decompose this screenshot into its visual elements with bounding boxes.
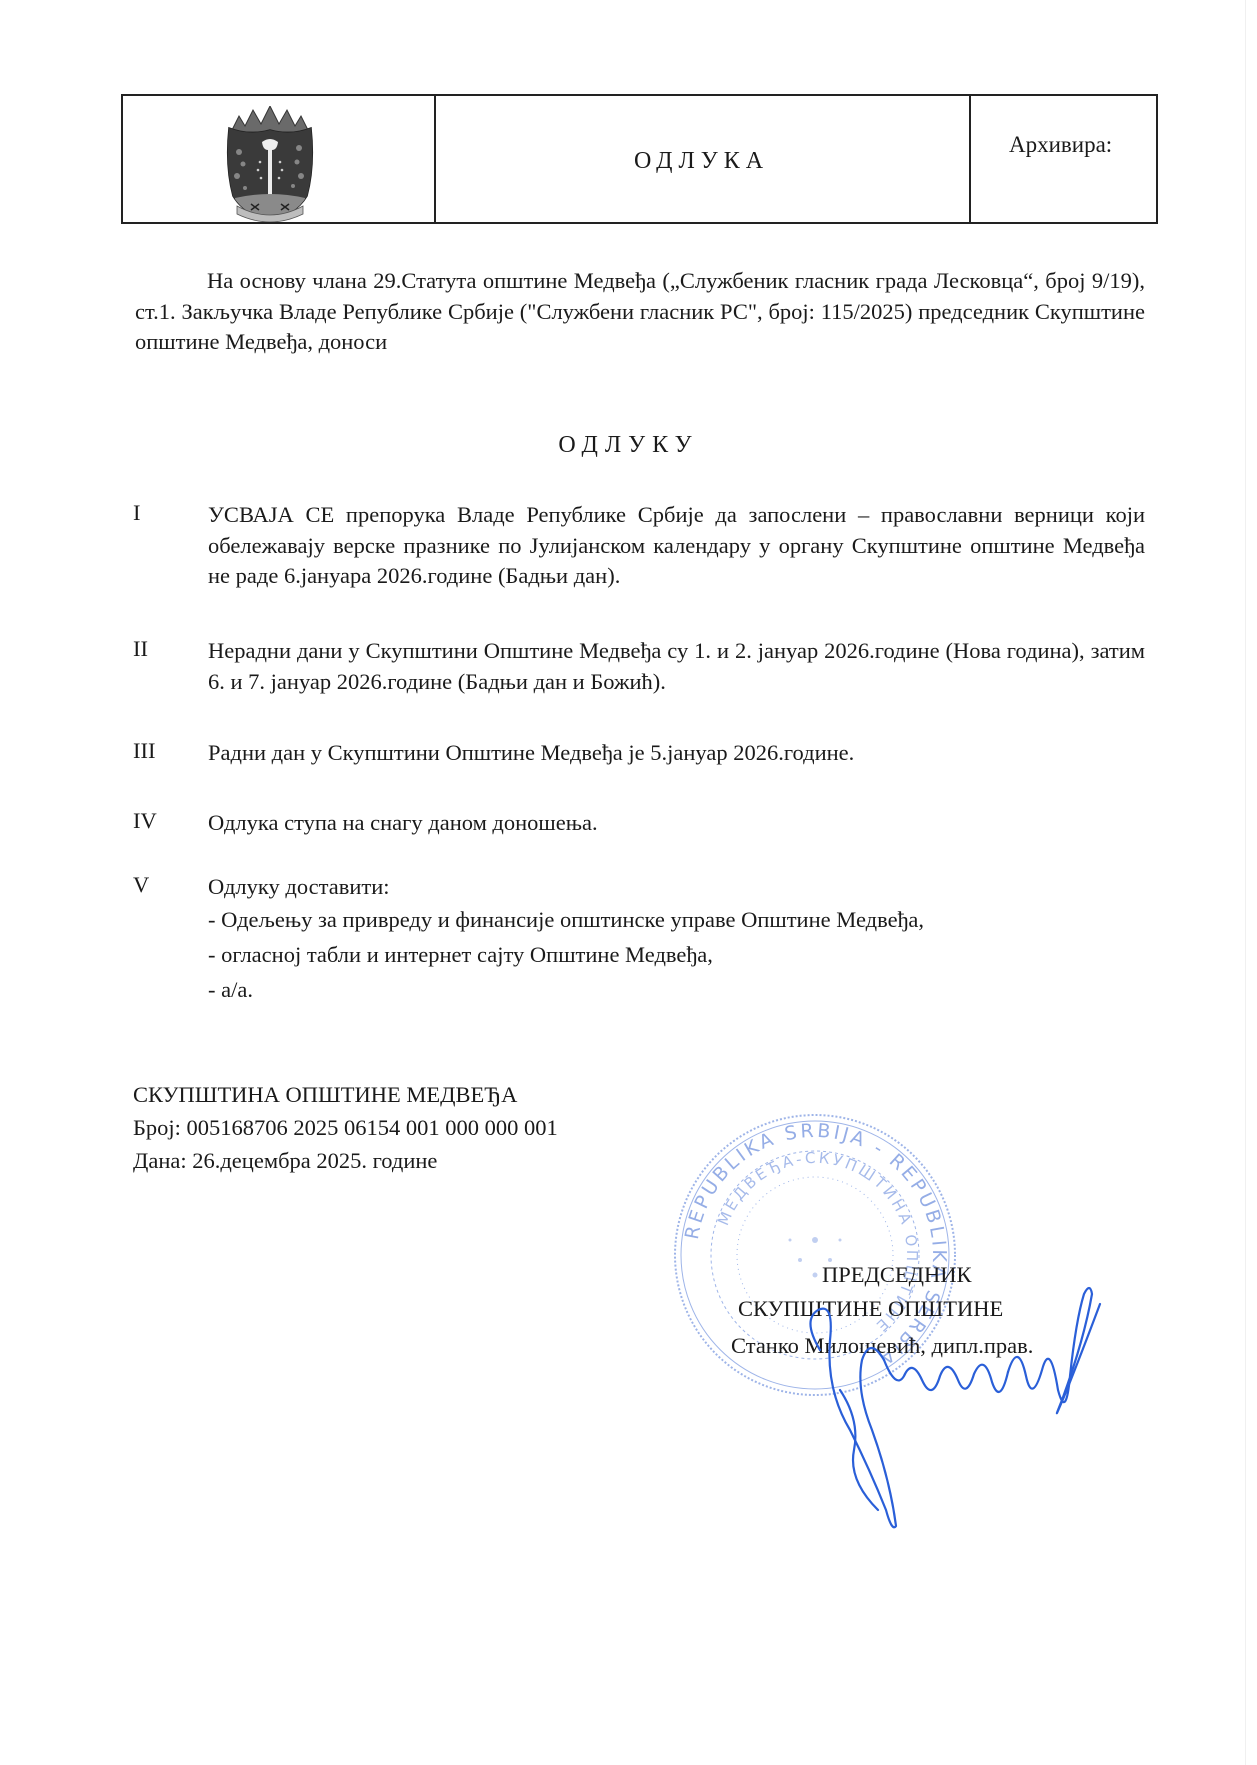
intro-paragraph: На основу члана 29.Статута општине Медве… — [135, 266, 1145, 358]
item-text-5: Одлуку доставити: — [208, 872, 1145, 903]
handwritten-signature-icon — [800, 1280, 1120, 1560]
item-number-3: III — [133, 738, 155, 764]
item-number-1: I — [133, 500, 141, 526]
medvedja-coat-of-arms-icon — [215, 106, 325, 222]
item-text-4: Одлука ступа на снагу даном доношења. — [208, 808, 1145, 839]
item-text-3: Радни дан у Скупштини Општине Медвеђа је… — [208, 738, 1145, 769]
title-cell: ОДЛУКА — [434, 96, 971, 222]
issuer-institution: СКУПШТИНА ОПШТИНЕ МЕДВЕЂА — [133, 1078, 558, 1111]
item-text-2: Нерадни дани у Скупштини Општине Медвеђа… — [208, 636, 1145, 697]
item-number-4: IV — [133, 808, 157, 834]
scan-edge — [1245, 0, 1246, 1765]
decision-heading: ОДЛУКУ — [0, 432, 1257, 459]
intro-text: На основу члана 29.Статута општине Медве… — [135, 268, 1145, 354]
recipient-2: - огласној табли и интернет сајту Општин… — [208, 942, 713, 968]
document-date: Дана: 26.децембра 2025. године — [133, 1144, 558, 1177]
header-table: ОДЛУКА Архивира: — [121, 94, 1158, 224]
issuer-block: СКУПШТИНА ОПШТИНЕ МЕДВЕЂА Број: 00516870… — [133, 1078, 558, 1177]
recipient-3: - а/а. — [208, 977, 253, 1003]
emblem-cell — [123, 96, 436, 222]
document-number: Број: 005168706 2025 06154 001 000 000 0… — [133, 1111, 558, 1144]
item-text-1: УСВАЈА СЕ препорука Владе Републике Срби… — [208, 500, 1145, 592]
recipient-1: - Одељењу за привреду и финансије општин… — [208, 907, 924, 933]
item-number-5: V — [133, 872, 149, 898]
item-number-2: II — [133, 636, 148, 662]
archive-cell: Архивира: — [969, 96, 1156, 222]
document-type-title: ОДЛУКА — [434, 148, 969, 175]
archive-label: Архивира: — [1009, 132, 1112, 158]
